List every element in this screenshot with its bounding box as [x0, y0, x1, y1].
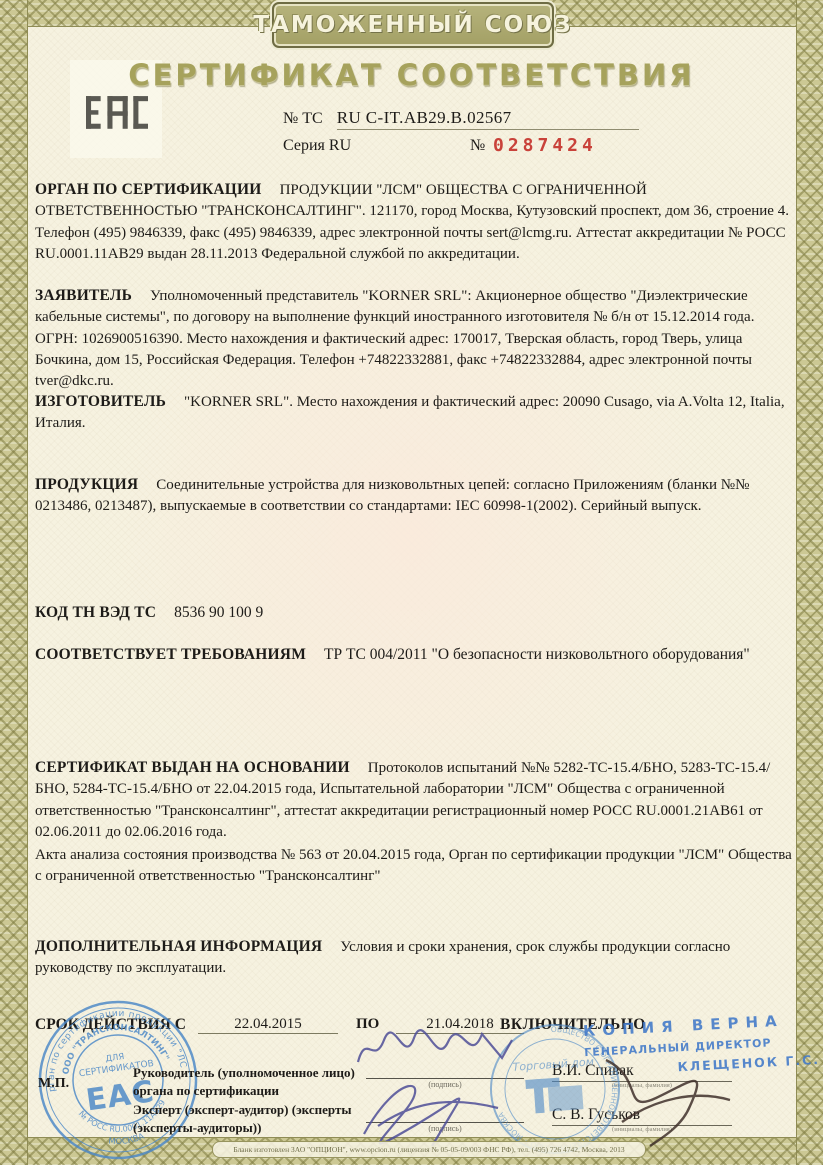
section-manufacturer: ИЗГОТОВИТЕЛЬ"KORNER SRL". Место нахожден… [35, 391, 797, 435]
manufacturer-label: ИЗГОТОВИТЕЛЬ [35, 393, 166, 410]
validity-from-date: 22.04.2015 [198, 1016, 338, 1034]
head-signature-scribble [352, 1022, 522, 1074]
certificate-title: СЕРТИФИКАТ СООТВЕТСТВИЯ [30, 58, 793, 92]
cert-number-label: № ТС [283, 110, 323, 127]
head-role-label: Руководитель (уполномоченное лицо) орган… [133, 1064, 368, 1099]
section-applicant: ЗАЯВИТЕЛЬУполномоченный представитель "K… [35, 285, 797, 392]
series-no-sign: № [470, 137, 485, 155]
border-left [0, 0, 28, 1165]
section-basis: СЕРТИФИКАТ ВЫДАН НА ОСНОВАНИИПротоколов … [35, 757, 797, 888]
tnved-value: 8536 90 100 9 [174, 604, 263, 621]
section-complies: СООТВЕТСТВУЕТ ТРЕБОВАНИЯМТР ТС 004/2011 … [35, 644, 797, 666]
customs-union-banner: ТАМОЖЕННЫЙ СОЮЗ [272, 2, 554, 48]
cert-number-value: RU C-IT.АВ29.В.02567 [337, 108, 639, 130]
product-text: Соединительные устройства для низковольт… [35, 477, 749, 514]
basis-paragraph-1: СЕРТИФИКАТ ВЫДАН НА ОСНОВАНИИПротоколов … [35, 757, 797, 843]
certification-body-label: ОРГАН ПО СЕРТИФИКАЦИИ [35, 181, 262, 198]
section-certification-body: ОРГАН ПО СЕРТИФИКАЦИИПРОДУКЦИИ "ЛСМ" ОБЩ… [35, 179, 797, 265]
additional-info-label: ДОПОЛНИТЕЛЬНАЯ ИНФОРМАЦИЯ [35, 938, 322, 955]
series-row: Серия RU № 0287424 [283, 137, 683, 155]
basis-text2: Акта анализа состояния производства № 56… [35, 845, 797, 888]
director-signature-scribble [592, 1042, 742, 1152]
expert-signature-scribble [348, 1068, 518, 1148]
tnved-label: КОД ТН ВЭД ТС [35, 604, 156, 621]
applicant-text: Уполномоченный представитель "KORNER SRL… [35, 288, 754, 389]
complies-label: СООТВЕТСТВУЕТ ТРЕБОВАНИЯМ [35, 646, 306, 663]
complies-value: ТР ТС 004/2011 "О безопасности низковоль… [324, 646, 750, 663]
customs-union-text: ТАМОЖЕННЫЙ СОЮЗ [253, 12, 572, 38]
border-right [796, 0, 823, 1165]
blank-manufacturer-note: Бланк изготовлен ЗАО "ОПЦИОН", www.opcio… [212, 1141, 646, 1158]
section-tnved-code: КОД ТН ВЭД ТС8536 90 100 9 [35, 602, 797, 624]
applicant-label: ЗАЯВИТЕЛЬ [35, 287, 132, 304]
basis-label: СЕРТИФИКАТ ВЫДАН НА ОСНОВАНИИ [35, 759, 350, 776]
trade-house-title: Торговый дом [512, 1055, 594, 1074]
series-label: Серия RU [283, 137, 351, 154]
product-label: ПРОДУКЦИЯ [35, 476, 138, 493]
section-additional-info: ДОПОЛНИТЕЛЬНАЯ ИНФОРМАЦИЯУсловия и сроки… [35, 936, 797, 980]
cert-number-row: № ТС RU C-IT.АВ29.В.02567 [283, 108, 639, 130]
eac-mark-icon [86, 84, 148, 142]
certificate-page: ТАМОЖЕННЫЙ СОЮЗ СЕРТИФИКАТ СООТВЕТСТВИЯ … [0, 0, 823, 1165]
mp-seal-label: М.П. [38, 1076, 69, 1092]
section-product: ПРОДУКЦИЯСоединительные устройства для н… [35, 474, 797, 518]
series-number: 0287424 [493, 135, 597, 156]
